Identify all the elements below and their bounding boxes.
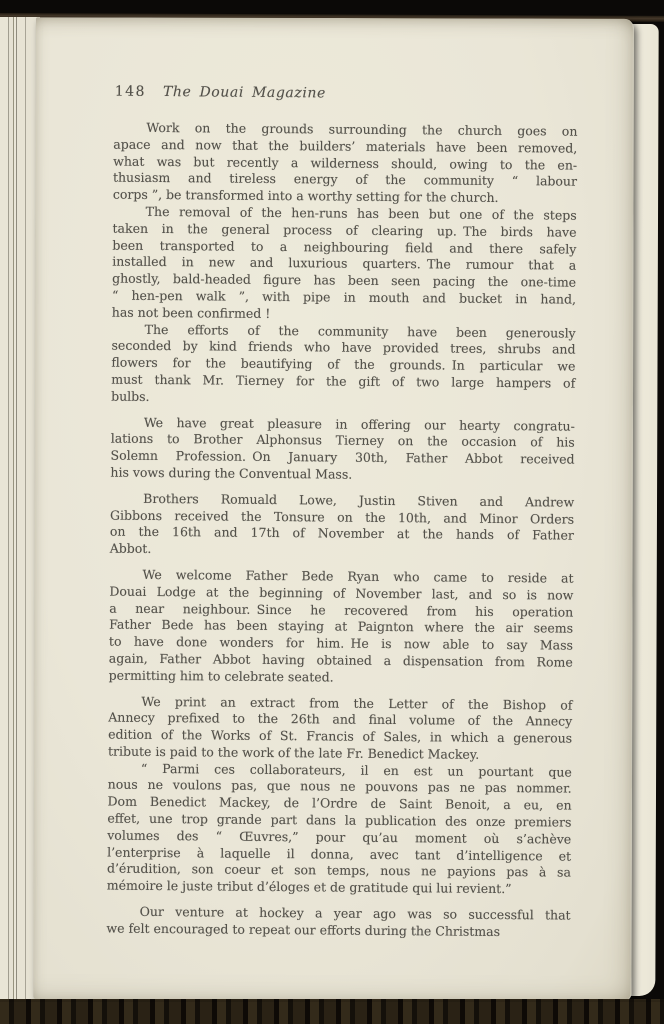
paragraph-hockey: Our venture at hockey a year ago was so … [106,904,570,942]
paragraph-community-efforts: The efforts of the community have been g… [111,321,576,409]
paragraph-solemn-profession: We have great pleasure in offering our h… [110,414,575,485]
page-content: 148The Douai Magazine Work on the ground… [106,83,577,942]
paragraph-tonsure: Brothers Romuald Lowe, Justin Stiven and… [110,490,575,561]
journal-title: The Douai Magazine [163,84,326,101]
paragraph-french-quote: “ Parmi ces collaborateurs, il en est un… [107,760,572,898]
paragraph-father-bede: We welcome Father Bede Ryan who came to … [109,566,574,688]
page-number: 148 [115,84,146,100]
running-header: 148The Douai Magazine [115,83,578,105]
book-scan: 148The Douai Magazine Work on the ground… [0,0,664,1024]
book-page: 148The Douai Magazine Work on the ground… [33,17,634,1001]
paragraph-hen-runs: The removal of the hen-runs has been but… [112,204,577,326]
paragraph-bishop-annecy: We print an extract from the Letter of t… [108,693,573,764]
book-cover-bottom-edge [0,999,664,1024]
text-line: mémoire le juste tribut d’éloges et de g… [107,878,571,899]
paragraph-grounds: Work on the grounds surrounding the chur… [113,120,578,208]
